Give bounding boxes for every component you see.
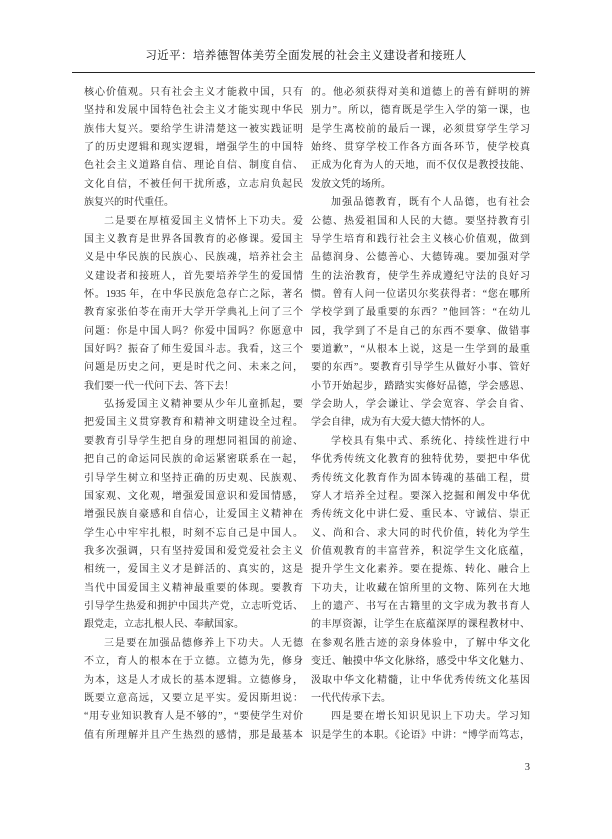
text-line: 不立，育人的根本在于立德。立德为先，修身 <box>84 653 303 671</box>
text-line: “用专业知识教育人是不够的”，“要使学生对价 <box>84 708 303 726</box>
text-line: 小节开始起步，踏踏实实修好品德，学会感恩、 <box>311 378 530 396</box>
text-line: 相统一，爱国主义才是鲜活的、真实的，这是 <box>84 561 303 579</box>
text-line: 增强民族自豪感和自信心，让爱国主义精神在 <box>84 506 303 524</box>
text-line: 学生心中牢牢扎根，时刻不忘自己是中国人。 <box>84 525 303 543</box>
text-line: 生的法治教育，使学生养成遵纪守法的良好习 <box>311 268 530 286</box>
text-line: 华优秀传统文化教育的独特优势，要把中华优 <box>311 451 530 469</box>
page-number: 3 <box>84 762 530 773</box>
text-line: 的。他必须获得对美和道德上的善有鲜明的辨 <box>311 84 530 102</box>
text-line: 文化自信，不被任何干扰所惑，立志肩负起民 <box>84 176 303 194</box>
text-line: 提升学生文化素养。要在提炼、转化、融合上 <box>311 561 530 579</box>
text-line: 要的东西”。要教育引导学生从做好小事、管好 <box>311 359 530 377</box>
text-line: 的丰厚资源，让学生在底蕴深厚的课程教材中、 <box>311 616 530 634</box>
text-line: 我们要一代一代问下去、答下去！ <box>84 378 303 396</box>
text-line: 坚持和发展中国特色社会主义才能实现中华民 <box>84 102 303 120</box>
text-line: 我多次强调，只有坚持爱国和爱党爱社会主义 <box>84 543 303 561</box>
text-line: 学校具有集中式、系统化、持续性进行中 <box>311 433 530 451</box>
text-line: 国家观、文化观，增强爱国意识和爱国情感， <box>84 488 303 506</box>
text-line: 色社会主义道路自信、理论自信、制度自信、 <box>84 157 303 175</box>
text-line: 三是要在加强品德修养上下功夫。人无德 <box>84 635 303 653</box>
text-line: 值有所理解并且产生热烈的感情，那是最基本 <box>84 727 303 745</box>
text-line: 汲取中华文化精髓，让中华优秀传统文化基因 <box>311 672 530 690</box>
text-line: 要道歉”，“从根本上说，这是一生学到的最重 <box>311 341 530 359</box>
text-line: 穿人才培养全过程。要深入挖掘和阐发中华优 <box>311 488 530 506</box>
text-line: 上的遗产、书写在古籍里的文字成为教书育人 <box>311 598 530 616</box>
text-line: 了的历史逻辑和现实逻辑，增强学生的中国特 <box>84 139 303 157</box>
text-line: 国好吗？振奋了师生爱国斗志。我看，这三个 <box>84 341 303 359</box>
text-line: 加强品德教育，既有个人品德，也有社会 <box>311 194 530 212</box>
text-line: 教育家张伯苓在南开大学开学典礼上问了三个 <box>84 304 303 322</box>
text-line: 把自己的命运同民族的命运紧密联系在一起， <box>84 451 303 469</box>
text-line: 国主义教育是世界各国教育的必修课。爱国主 <box>84 231 303 249</box>
text-line: 把爱国主义贯穿教育和精神文明建设全过程。 <box>84 414 303 432</box>
text-line: 族伟大复兴。要给学生讲清楚这一被实践证明 <box>84 121 303 139</box>
text-line: 义、尚和合、求大同的时代价值，转化为学生 <box>311 525 530 543</box>
text-line: 秀传统文化中讲仁爱、重民本、守诚信、崇正 <box>311 506 530 524</box>
text-line: 当代中国爱国主义精神最重要的体现。要教育 <box>84 580 303 598</box>
text-line: 引导学生热爱和拥护中国共产党，立志听党话、 <box>84 598 303 616</box>
text-line: 怀。1935 年，在中华民族危急存亡之际，著名 <box>84 286 303 304</box>
text-line: 品德润身、公德善心、大德铸魂。要加强对学 <box>311 249 530 267</box>
text-line: 导学生培育和践行社会主义核心价值观，做到 <box>311 231 530 249</box>
text-line: 惯。曾有人问一位诺贝尔奖获得者：“您在哪所 <box>311 286 530 304</box>
text-columns: 核心价值观。只有社会主义才能救中国，只有坚持和发展中国特色社会主义才能实现中华民… <box>84 84 530 745</box>
text-line: 义建设者和接班人，首先要培养学生的爱国情 <box>84 268 303 286</box>
text-line: 核心价值观。只有社会主义才能救中国，只有 <box>84 84 303 102</box>
right-column: 的。他必须获得对美和道德上的善有鲜明的辨别力”。所以，德育既是学生入学的第一课，… <box>311 84 530 745</box>
text-line: 正成为化育为人的天地，而不仅仅是教授技能、 <box>311 157 530 175</box>
text-line: 学会自律，成为有大爱大德大情怀的人。 <box>311 414 530 432</box>
left-column: 核心价值观。只有社会主义才能救中国，只有坚持和发展中国特色社会主义才能实现中华民… <box>84 84 303 745</box>
text-line: 二是要在厚植爱国主义情怀上下功夫。爱 <box>84 213 303 231</box>
text-line: 是学生离校前的最后一课，必须贯穿学生学习 <box>311 121 530 139</box>
text-line: 引导学生树立和坚持正确的历史观、民族观、 <box>84 470 303 488</box>
text-line: 弘扬爱国主义精神要从少年儿童抓起，要 <box>84 396 303 414</box>
text-line: 在参观名胜古迹的亲身体验中，了解中华文化 <box>311 635 530 653</box>
text-line: 变迁、触摸中华文化脉络，感受中华文化魅力、 <box>311 653 530 671</box>
text-line: 学校学到了最重要的东西？”他回答：“在幼儿 <box>311 304 530 322</box>
text-line: 四是要在增长知识见识上下功夫。学习知 <box>311 708 530 726</box>
text-line: 义是中华民族的民族心、民族魂，培养社会主 <box>84 249 303 267</box>
page-header-title: 习近平：培养德智体美劳全面发展的社会主义建设者和接班人 <box>0 47 612 63</box>
text-line: 跟党走，立志扎根人民、奉献国家。 <box>84 616 303 634</box>
text-line: 下功夫，让收藏在馆所里的文物、陈列在大地 <box>311 580 530 598</box>
text-line: 发放文凭的场所。 <box>311 176 530 194</box>
text-line: 学会助人，学会谦让、学会宽容、学会自省、 <box>311 396 530 414</box>
text-line: 识是学生的本职。《论语》中讲：“博学而笃志， <box>311 727 530 745</box>
text-line: 价值观教育的丰富营养，积淀学生文化底蕴， <box>311 543 530 561</box>
text-line: 要教育引导学生把自身的理想同祖国的前途、 <box>84 433 303 451</box>
header-divider <box>72 72 535 73</box>
text-line: 为本，这是人才成长的基本逻辑。立德修身， <box>84 672 303 690</box>
text-line: 族复兴的时代重任。 <box>84 194 303 212</box>
text-line: 别力”。所以，德育既是学生入学的第一课，也 <box>311 102 530 120</box>
text-line: 问题是历史之问，更是时代之问、未来之问， <box>84 359 303 377</box>
text-line: 始终、贯穿学校工作各方面各环节，使学校真 <box>311 139 530 157</box>
text-line: 园，我学到了不是自己的东西不要拿、做错事 <box>311 323 530 341</box>
text-line: 公德、热爱祖国和人民的大德。要坚持教育引 <box>311 213 530 231</box>
text-line: 问题：你是中国人吗？你爱中国吗？你愿意中 <box>84 323 303 341</box>
document-page: 习近平：培养德智体美劳全面发展的社会主义建设者和接班人 核心价值观。只有社会主义… <box>0 0 612 839</box>
text-line: 既要立意高远，又要立足平实。爱因斯坦说： <box>84 690 303 708</box>
text-line: 一代代传承下去。 <box>311 690 530 708</box>
text-line: 秀传统文化教育作为固本铸魂的基础工程，贯 <box>311 470 530 488</box>
